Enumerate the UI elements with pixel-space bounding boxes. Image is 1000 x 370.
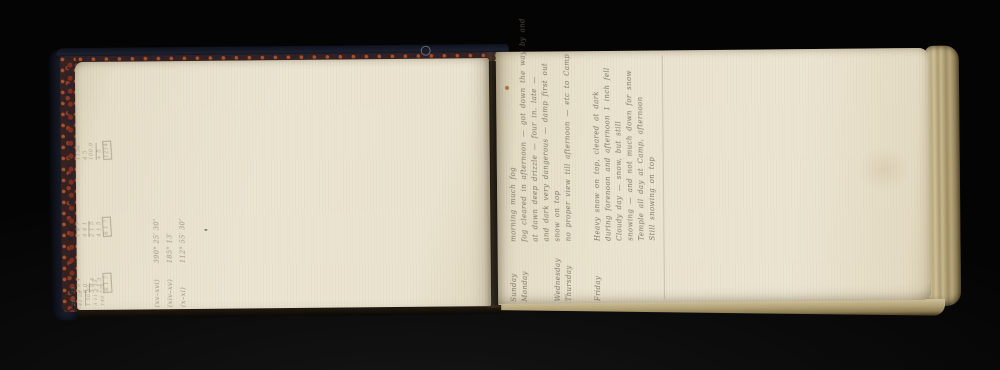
diary-day-label (549, 242, 550, 302)
bearing-label: (xv–xvi) (151, 263, 164, 307)
diary-entry-text: and dark very dangerous — damp first out (541, 63, 551, 242)
pencil-sum-a: 1150 4 5 100.9 + 5 1214 (75, 112, 111, 160)
diary-day-label: Thursday (564, 241, 576, 301)
diary-entry-text: at dawn deep drizzle — four in. late — (530, 76, 540, 241)
diary-entry: Still snowing on top (646, 55, 659, 300)
diary-entry-text: snowing — and not much down for snow (625, 70, 635, 241)
pencil-sum-b: 1 8 7 4 4 1 2 1 5 4 1 5 6 1 7 (75, 183, 111, 237)
diary-day-label (633, 241, 634, 301)
diary-entry-text: morning much fog (509, 167, 518, 242)
bearing-label: (x–xi) (177, 263, 190, 307)
diary-day-label: Wednesday (553, 241, 565, 301)
pencil-sum-d: 260 23 41 26 1 50 03 3 11 3 15 140 276 (71, 264, 107, 306)
diary-entry-text: Temple all day at Camp, afternoon (636, 97, 645, 241)
page-gutter (483, 52, 505, 308)
diary-day-label (644, 241, 645, 301)
bearing-row: (x–xi)112° 55′ 30″ (176, 211, 190, 307)
photo-background: 1150 4 5 100.9 + 5 1214 1 8 7 4 4 1 2 1 … (0, 0, 1000, 370)
pencil-line: 140 276 (100, 264, 107, 306)
bearing-value: 185° 13′ (165, 232, 173, 263)
left-page (75, 58, 491, 310)
diary-day-label (538, 242, 539, 302)
diary-entry: and dark very dangerous — damp first out (540, 57, 553, 302)
diary-day-label (611, 241, 612, 301)
diary-entry-text: no proper view till afternoon — etc to C… (563, 54, 573, 242)
bearing-value: 112° 55′ 30″ (178, 218, 186, 263)
pencil-line: 1214 (102, 112, 111, 160)
bearing-row: (xv–xvi)390° 25′ 30″ (150, 211, 164, 307)
diary-day-label: Monday (520, 242, 532, 302)
diary-entry: Thursdayno proper view till afternoon — … (562, 56, 575, 301)
paper-texture (75, 58, 491, 310)
diary-entry-text: Heavy snow on top, cleared at dark (592, 91, 601, 241)
diary-entry-text: Cloudy day — snow, but still (614, 121, 623, 241)
ring-mark-icon (421, 46, 431, 56)
open-sketchbook: 1150 4 5 100.9 + 5 1214 1 8 7 4 4 1 2 1 … (0, 0, 1000, 370)
diary-block: Sundaymorning much fog Mondayfog cleared… (507, 55, 659, 301)
bearing-row: (xiv–xv)185° 13′ (163, 211, 177, 307)
diary-entry-text: snow on top (553, 191, 561, 242)
bearing-label: (xiv–xv) (164, 263, 177, 307)
bearing-value: 390° 25′ 30″ (152, 218, 160, 263)
diary-day-label (622, 241, 623, 301)
ink-speck (204, 229, 207, 231)
paper-stain (858, 146, 910, 192)
pencil-bearings: (xv–xvi)390° 25′ 30″ (xiv–xv)185° 13′ (x… (150, 211, 190, 307)
diary-day-label: Sunday (509, 242, 521, 302)
pencil-line: 6 1 7 (102, 183, 111, 237)
diary-day-label (655, 241, 656, 301)
diary-entry-text: during forenoon and afternoon 1 inch fel… (603, 67, 613, 241)
diary-day-label: Friday (593, 241, 605, 301)
diary-entry-text: Still snowing on top (648, 157, 657, 241)
